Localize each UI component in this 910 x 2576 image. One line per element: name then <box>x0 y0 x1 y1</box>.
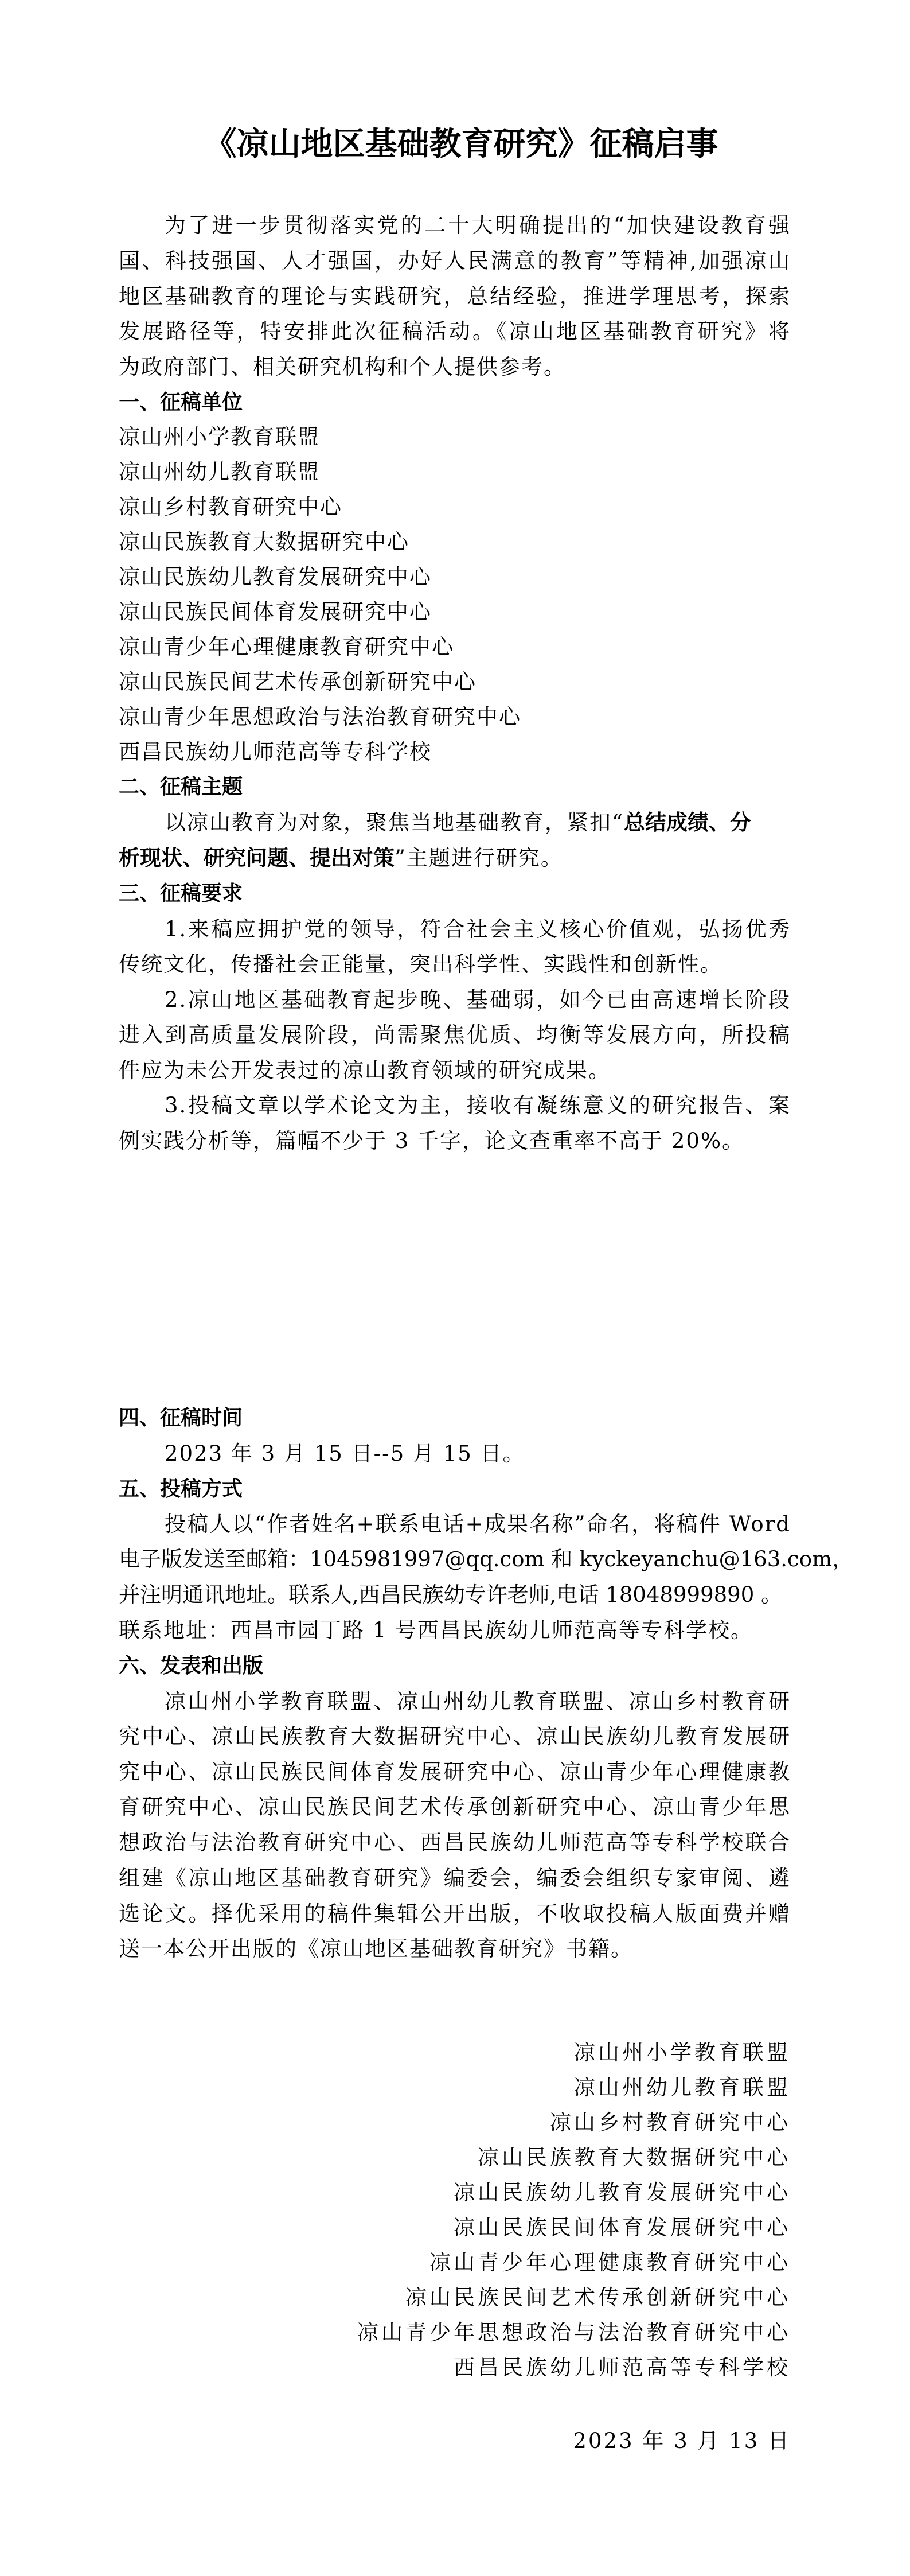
signatory: 西昌民族幼儿师范高等专科学校 <box>454 2350 791 2386</box>
requirement-line: 1.来稿应拥护党的领导，符合社会主义核心价值观，弘扬优秀 <box>119 912 791 947</box>
unit-item: 凉山乡村教育研究中心 <box>119 489 791 525</box>
submission-line: 投稿人以“作者姓名+联系电话+成果名称”命名，将稿件 Word <box>119 1507 791 1542</box>
signatory: 凉山乡村教育研究中心 <box>550 2105 791 2141</box>
requirement-line: 进入到高质量发展阶段，尚需聚焦优质、均衡等发展方向，所投稿 <box>119 1017 791 1053</box>
unit-item: 凉山州小学教育联盟 <box>119 419 791 455</box>
signatory: 凉山民族民间艺术传承创新研究中心 <box>405 2280 791 2316</box>
signatory: 凉山青少年心理健康教育研究中心 <box>429 2245 791 2281</box>
section-heading: 一、征稿单位 <box>119 385 791 421</box>
requirement-line: 传统文化，传播社会正能量，突出科学性、实践性和创新性。 <box>119 947 791 982</box>
unit-item: 凉山民族幼儿教育发展研究中心 <box>119 559 791 595</box>
signatory: 凉山州小学教育联盟 <box>574 2035 791 2071</box>
submission-line: 联系地址：西昌市园丁路 1 号西昌民族幼儿师范高等专科学校。 <box>119 1613 791 1648</box>
section-heading: 六、发表和出版 <box>119 1648 791 1684</box>
intro-line: 国、科技强国、人才强国，办好人民满意的教育”等精神,加强凉山 <box>119 243 791 279</box>
unit-item: 西昌民族幼儿师范高等专科学校 <box>119 734 791 770</box>
publication-line: 想政治与法治教育研究中心、西昌民族幼儿师范高等专科学校联合 <box>119 1825 791 1861</box>
theme-emphasis: 总结成绩、分 <box>624 810 751 835</box>
unit-item: 凉山青少年思想政治与法治教育研究中心 <box>119 699 791 735</box>
document-title: 《凉山地区基础教育研究》征稿启事 <box>0 124 910 164</box>
signatory: 凉山民族民间体育发展研究中心 <box>454 2210 791 2246</box>
issue-date: 2023 年 3 月 13 日 <box>573 2423 791 2459</box>
requirement-line: 件应为未公开发表过的凉山教育领域的研究成果。 <box>119 1053 791 1088</box>
unit-item: 凉山青少年心理健康教育研究中心 <box>119 629 791 665</box>
submission-line: 并注明通讯地址。联系人,西昌民族幼专许老师,电话 18048999890 。 <box>119 1577 791 1613</box>
requirement-line: 2.凉山地区基础教育起步晚、基础弱，如今已由高速增长阶段 <box>119 982 791 1018</box>
section-heading: 二、征稿主题 <box>119 769 791 805</box>
intro-line: 发展路径等，特安排此次征稿活动。《凉山地区基础教育研究》将 <box>119 314 791 349</box>
signatory: 凉山民族教育大数据研究中心 <box>478 2140 791 2176</box>
unit-item: 凉山州幼儿教育联盟 <box>119 454 791 490</box>
publication-line: 究中心、凉山民族教育大数据研究中心、凉山民族幼儿教育发展研 <box>119 1719 791 1754</box>
theme-text: 以凉山教育为对象，聚焦当地基础教育，紧扣“ <box>165 810 624 835</box>
signatory: 凉山青少年思想政治与法治教育研究中心 <box>357 2315 791 2351</box>
requirement-line: 3.投稿文章以学术论文为主，接收有凝练意义的研究报告、案 <box>119 1088 791 1123</box>
section-heading: 四、征稿时间 <box>119 1400 791 1436</box>
signatory: 凉山州幼儿教育联盟 <box>574 2070 791 2106</box>
intro-line: 为了进一步贯彻落实党的二十大明确提出的“加快建设教育强 <box>119 208 791 243</box>
section-heading: 五、投稿方式 <box>119 1472 791 1507</box>
section-heading: 三、征稿要求 <box>119 876 791 912</box>
theme-line: 析现状、研究问题、提出对策”主题进行研究。 <box>119 840 791 876</box>
unit-item: 凉山民族民间体育发展研究中心 <box>119 594 791 630</box>
intro-line: 地区基础教育的理论与实践研究，总结经验，推进学理思考，探索 <box>119 279 791 314</box>
theme-emphasis: 析现状、研究问题、提出对策 <box>119 846 395 870</box>
signatory: 凉山民族幼儿教育发展研究中心 <box>454 2175 791 2211</box>
theme-line: 以凉山教育为对象，聚焦当地基础教育，紧扣“总结成绩、分 <box>119 805 791 840</box>
publication-line: 送一本公开出版的《凉山地区基础教育研究》书籍。 <box>119 1931 791 1967</box>
publication-line: 选论文。择优采用的稿件集辑公开出版，不收取投稿人版面费并赠 <box>119 1896 791 1932</box>
theme-text: ”主题进行研究。 <box>395 846 563 870</box>
publication-line: 究中心、凉山民族民间体育发展研究中心、凉山青少年心理健康教 <box>119 1754 791 1790</box>
submission-period: 2023 年 3 月 15 日--5 月 15 日。 <box>119 1436 791 1472</box>
intro-line: 为政府部门、相关研究机构和个人提供参考。 <box>119 349 791 385</box>
publication-line: 育研究中心、凉山民族民间艺术传承创新研究中心、凉山青少年思 <box>119 1789 791 1825</box>
publication-line: 组建《凉山地区基础教育研究》编委会，编委会组织专家审阅、遴 <box>119 1861 791 1896</box>
unit-item: 凉山民族民间艺术传承创新研究中心 <box>119 664 791 700</box>
publication-line: 凉山州小学教育联盟、凉山州幼儿教育联盟、凉山乡村教育研 <box>119 1684 791 1719</box>
requirement-line: 例实践分析等，篇幅不少于 3 千字，论文查重率不高于 20%。 <box>119 1123 791 1159</box>
submission-line: 电子版发送至邮箱：1045981997@qq.com 和 kyckeyanchu… <box>119 1542 791 1577</box>
unit-item: 凉山民族教育大数据研究中心 <box>119 524 791 560</box>
